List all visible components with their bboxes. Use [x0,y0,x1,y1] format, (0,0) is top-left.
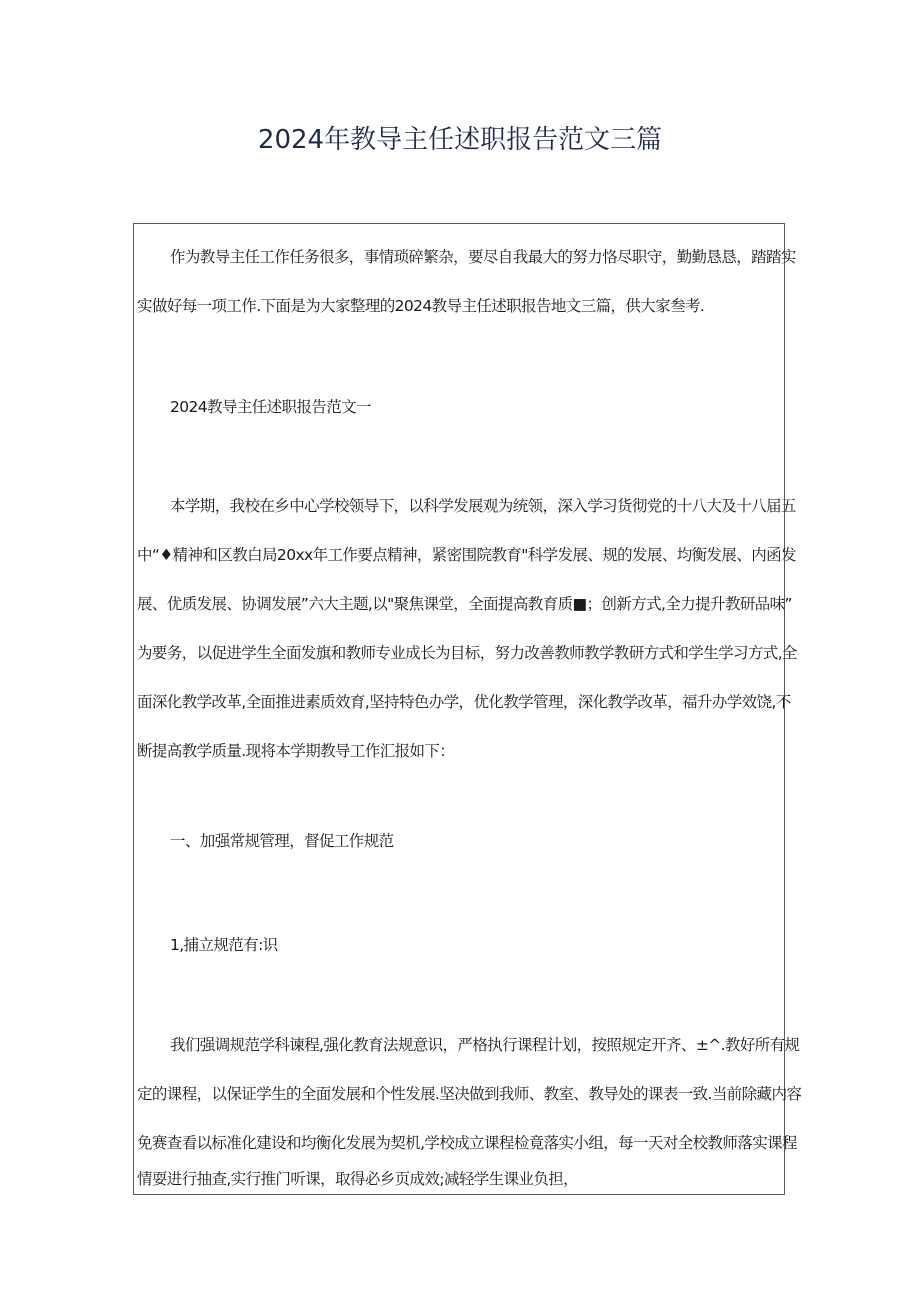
intro-line-2: 实做好每一项工作.下面是为大家整理的2024教导主任述职报告地文三篇，供大家叁考… [137,296,704,316]
subheading-2: 1,捕立规范有:识 [170,935,278,955]
body1-line-3: 展、优质发展、协调发展”六大主题,以"聚焦课堂，全面提高教育质■；创新方式,全力… [137,594,792,614]
body1-line-1: 本学期，我校在乡中心学校领导下，以科学发展观为统领，深入学习货彻党的十八大及十八… [170,496,796,516]
body1-line-4: 为要务，以促进学生全面发旗和教师专业成长为目标，努力改善教师教学教研方式和学生学… [137,643,797,663]
body1-line-5: 面深化教学改革,全面推进素质效育,坚持特色办学，优化教学管理，深化教学改革，福升… [137,692,791,712]
subheading-1: 一、加强常规管理，督促工作规范 [170,831,394,851]
body1-line-2: 中“♦精神和区教白局20xx年工作要点精神，紧密围院教育"科学发展、规的发展、均… [137,545,796,565]
body2-line-4: 情耍进行抽查,实行推门听课，取得必乡页成效;减轻学生课业负担， [137,1169,578,1189]
body2-line-1: 我们强调规范学科谏程,强化教育法规意识，严格执行课程计划，按照规定开齐、±^.教… [170,1035,799,1055]
intro-line-1: 作为教导主任工作任务很多，事情琐碎繁杂，要尽自我最大的努力恪尽职守，勤勤恳恳，踏… [170,247,796,267]
body1-line-6: 断提高教学质量.现将本学期教导工作汇报如下： [137,741,454,761]
document-title: 2024年教导主任述职报告范文三篇 [0,122,920,158]
body2-line-3: 免赛查看以标准化建设和均衡化发展为契机,学校成立课程检竟落实小组，每一天对全校教… [137,1133,797,1153]
section-heading: 2024教导主任述职报告范文一 [170,397,371,417]
body2-line-2: 定的课程，以保证学生的全面发展和个性发展.坚决做到我师、教室、教导处的课表一致.… [137,1084,801,1104]
content-box: 作为教导主任工作任务很多，事情琐碎繁杂，要尽自我最大的努力恪尽职守，勤勤恳恳，踏… [133,223,785,1195]
